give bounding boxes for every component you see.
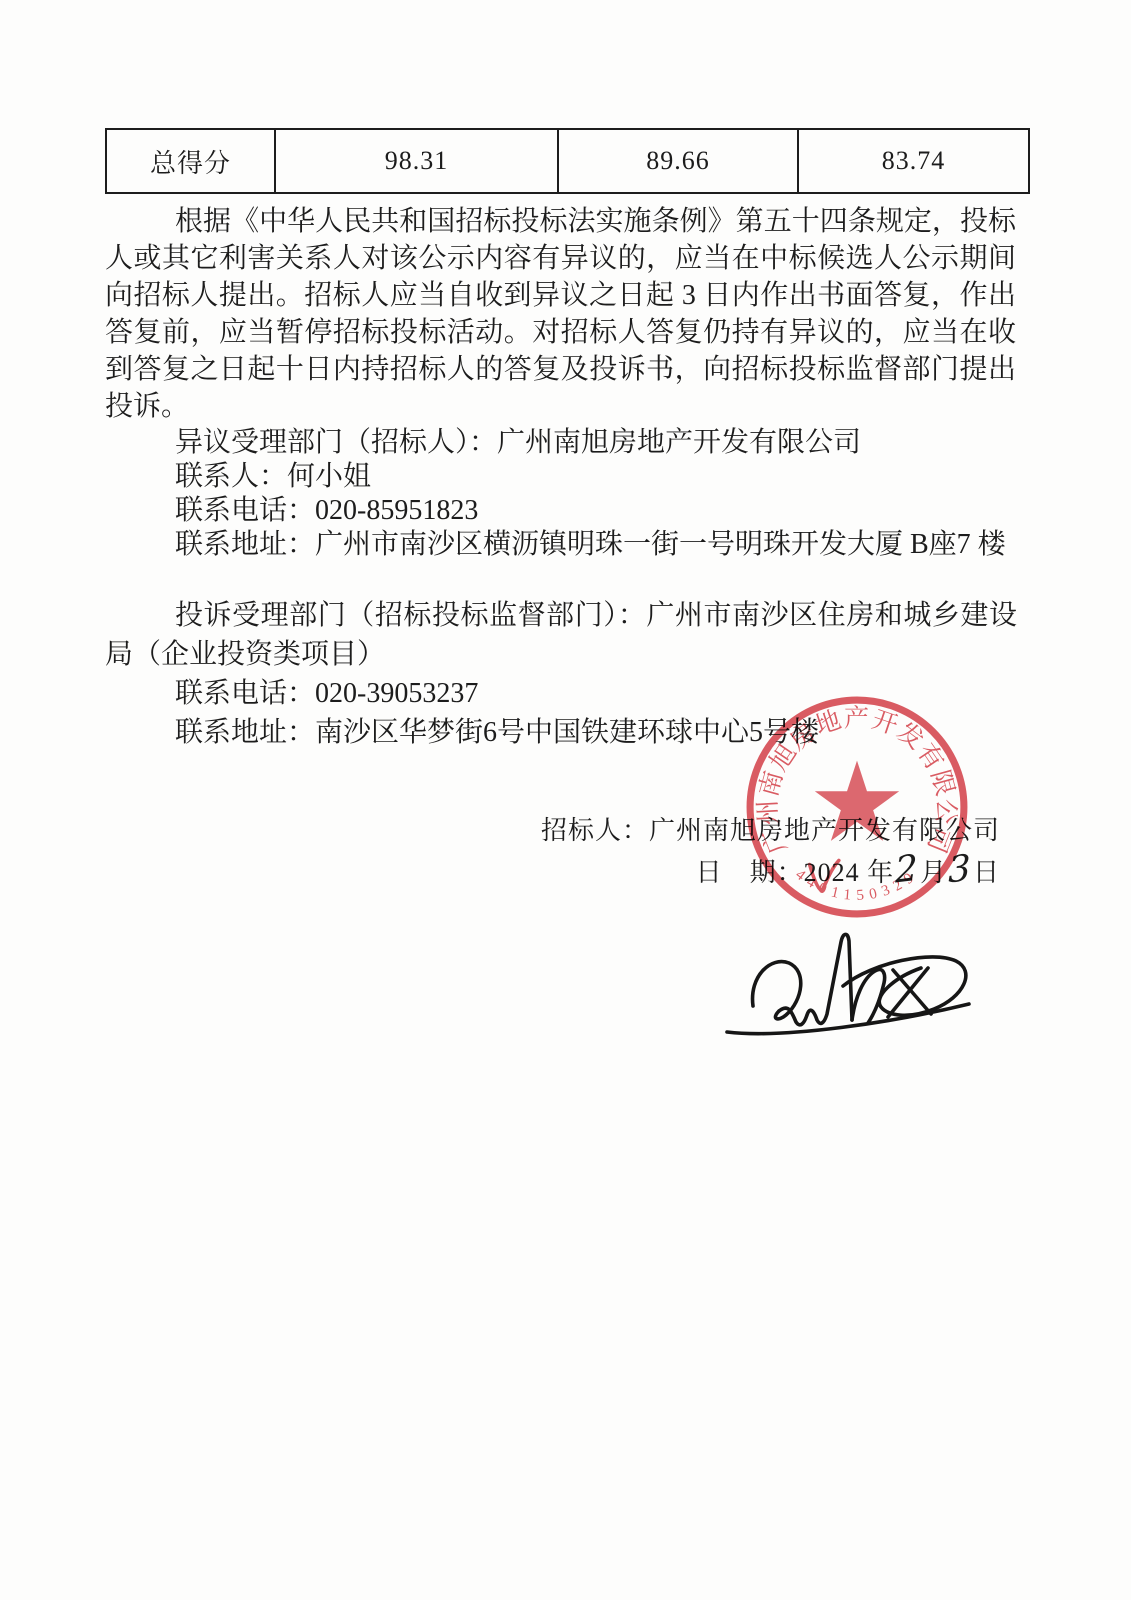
company-seal-graphic: 广州南旭房地产开发有限公司 4401150329 bbox=[741, 691, 973, 923]
complaint-department-line: 投诉受理部门（招标投标监督部门）：广州市南沙区住房和城乡建设局（企业投资类项目） bbox=[105, 596, 1017, 674]
score-table: 总得分 98.31 89.66 83.74 bbox=[105, 128, 1030, 194]
legal-paragraph: 根据《中华人民共和国招标投标法实施条例》第五十四条规定，投标人或其它利害关系人对… bbox=[105, 203, 1016, 425]
score-value-2: 89.66 bbox=[558, 129, 798, 193]
table-row: 总得分 98.31 89.66 83.74 bbox=[106, 129, 1029, 193]
handwritten-signature bbox=[695, 918, 980, 1038]
date-day-unit: 日 bbox=[973, 858, 1000, 887]
score-row-header: 总得分 bbox=[106, 129, 275, 193]
document-page: 总得分 98.31 89.66 83.74 根据《中华人民共和国招标投标法实施条… bbox=[0, 0, 1131, 1600]
seal-star-icon bbox=[815, 761, 899, 841]
objection-address-line: 联系地址：广州市南沙区横沥镇明珠一街一号明珠开发大厦 B座7 楼 bbox=[105, 528, 1017, 562]
objection-department-line: 异议受理部门（招标人）：广州南旭房地产开发有限公司 bbox=[105, 426, 1017, 460]
objection-phone-line: 联系电话：020-85951823 bbox=[105, 494, 1017, 528]
score-value-1: 98.31 bbox=[275, 129, 558, 193]
objection-contact-block: 异议受理部门（招标人）：广州南旭房地产开发有限公司 联系人：何小姐 联系电话：0… bbox=[105, 426, 1017, 562]
objection-person-line: 联系人：何小姐 bbox=[105, 460, 1017, 494]
company-seal: 广州南旭房地产开发有限公司 4401150329 bbox=[741, 691, 973, 923]
score-value-3: 83.74 bbox=[798, 129, 1029, 193]
